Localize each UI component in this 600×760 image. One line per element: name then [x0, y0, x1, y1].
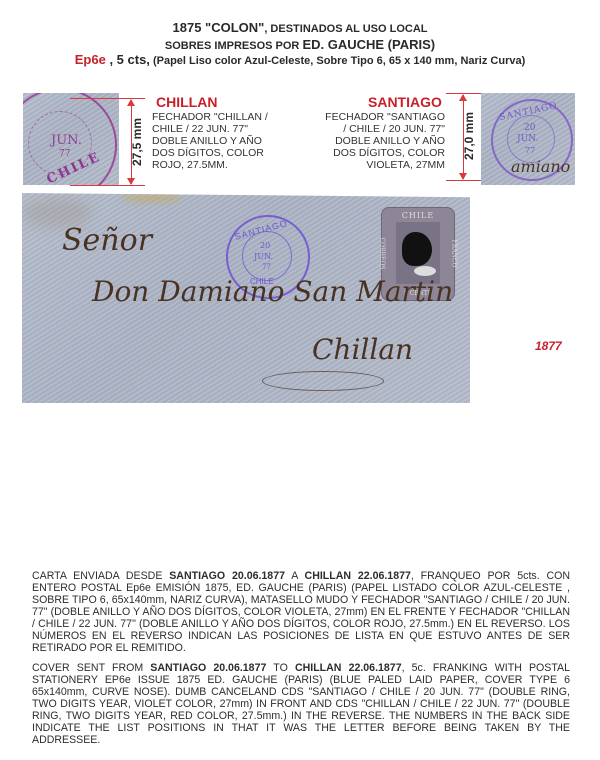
stain	[122, 193, 182, 203]
indicium-right: FRANCO	[451, 240, 458, 268]
desc-en-to: CHILLAN 22.06.1877	[295, 662, 402, 674]
santiago-stamp-month: JUN.	[517, 134, 538, 144]
santiago-arrow-down	[459, 173, 467, 180]
signature: v. J. J. M.	[360, 535, 434, 555]
back-postmark-month: JUN.	[352, 457, 380, 471]
chillan-dim-bottom	[70, 185, 145, 186]
santiago-crop-script: amiano	[511, 157, 570, 176]
subtitle-pre: SOBRES IMPRESOS POR	[165, 40, 303, 52]
title-line-3: Ep6e , 5 cts, (Papel Liso color Azul-Cel…	[0, 52, 600, 67]
desc-en-body: , 5c. FRANKING WITH POSTAL STATIONERY EP…	[32, 662, 570, 746]
subtitle-main: ED. GAUCHE (PARIS)	[302, 37, 435, 52]
chillan-stamp-month: JUN.	[51, 133, 82, 148]
title-line-1: 1875 "COLON", DESTINADOS AL USO LOCAL	[0, 20, 600, 35]
santiago-postmark-detail: SANTIAGO 20 JUN. 77 amiano	[481, 93, 575, 185]
chillan-title: CHILLAN	[156, 94, 217, 110]
reply-note: Espero su contestación	[225, 511, 461, 535]
chillan-measure: 27,5 mm	[130, 118, 144, 166]
postmark-year: 77	[262, 263, 271, 271]
specification: (Papel Liso color Azul-Celeste, Sobre Ti…	[150, 55, 525, 67]
dumb-cancel	[402, 232, 432, 266]
year-label: 1877	[535, 339, 562, 353]
back-postmark-year: 77	[360, 473, 370, 482]
face-value: , 5 cts,	[106, 52, 150, 67]
santiago-arrow-up	[459, 94, 467, 101]
desc-en-from: SANTIAGO 20.06.1877	[150, 662, 266, 674]
description-english: COVER SENT FROM SANTIAGO 20.06.1877 TO C…	[32, 662, 570, 746]
indicium-top: CHILE	[382, 211, 454, 220]
chillan-postmark-detail: JUN. 77 CHILE	[23, 93, 119, 185]
santiago-title: SANTIAGO	[368, 94, 442, 110]
santiago-stamp-year: 77	[525, 146, 535, 155]
indicium-left: CORREOS	[378, 238, 385, 270]
chillan-arrow-down	[127, 178, 135, 185]
envelope-front: CHILE 5 CENTS CORREOS FRANCO SANTIAGO 20…	[22, 193, 470, 403]
desc-en-intro: COVER SENT FROM	[32, 662, 150, 674]
desc-en-conj: TO	[266, 662, 295, 674]
postmark-day: 20	[260, 241, 270, 250]
santiago-measure: 27,0 mm	[462, 112, 476, 160]
address-line-2: Don Damiano San Martin	[92, 275, 453, 308]
back-postmark-country: CHILE	[337, 480, 385, 509]
address-line-3: Chillan	[312, 333, 413, 366]
address-line-1: Señor	[62, 223, 152, 258]
desc-es-from: SANTIAGO 20.06.1877	[169, 570, 285, 582]
santiago-description: FECHADOR "SANTIAGO / CHILE / 20 JUN. 77"…	[325, 111, 445, 171]
chillan-stamp-year: 77	[59, 149, 70, 159]
desc-es-to: CHILLAN 22.06.1877	[305, 570, 411, 582]
catalog-code: Ep6e	[75, 52, 106, 67]
desc-es-intro: CARTA ENVIADA DESDE	[32, 570, 169, 582]
list-number-note: 848	[250, 488, 284, 509]
chillan-arrow-up	[127, 99, 135, 106]
title-line-2: SOBRES IMPRESOS POR ED. GAUCHE (PARIS)	[0, 37, 600, 52]
santiago-stamp-day: 20	[524, 123, 535, 133]
desc-es-conj: A	[285, 570, 305, 582]
title-main: 1875 "COLON"	[173, 20, 265, 35]
description-spanish: CARTA ENVIADA DESDE SANTIAGO 20.06.1877 …	[32, 570, 570, 654]
title-rest: , DESTINADOS AL USO LOCAL	[264, 23, 427, 35]
chillan-description: FECHADOR "CHILLAN / CHILE / 22 JUN. 77" …	[152, 111, 277, 171]
address-flourish	[262, 371, 384, 391]
postmark-month: JUN.	[254, 252, 273, 261]
chillan-postmark: JUN. 77 CHILE	[316, 425, 410, 519]
desc-es-body: , FRANQUEO POR 5cts. CON ENTERO POSTAL E…	[32, 570, 570, 654]
